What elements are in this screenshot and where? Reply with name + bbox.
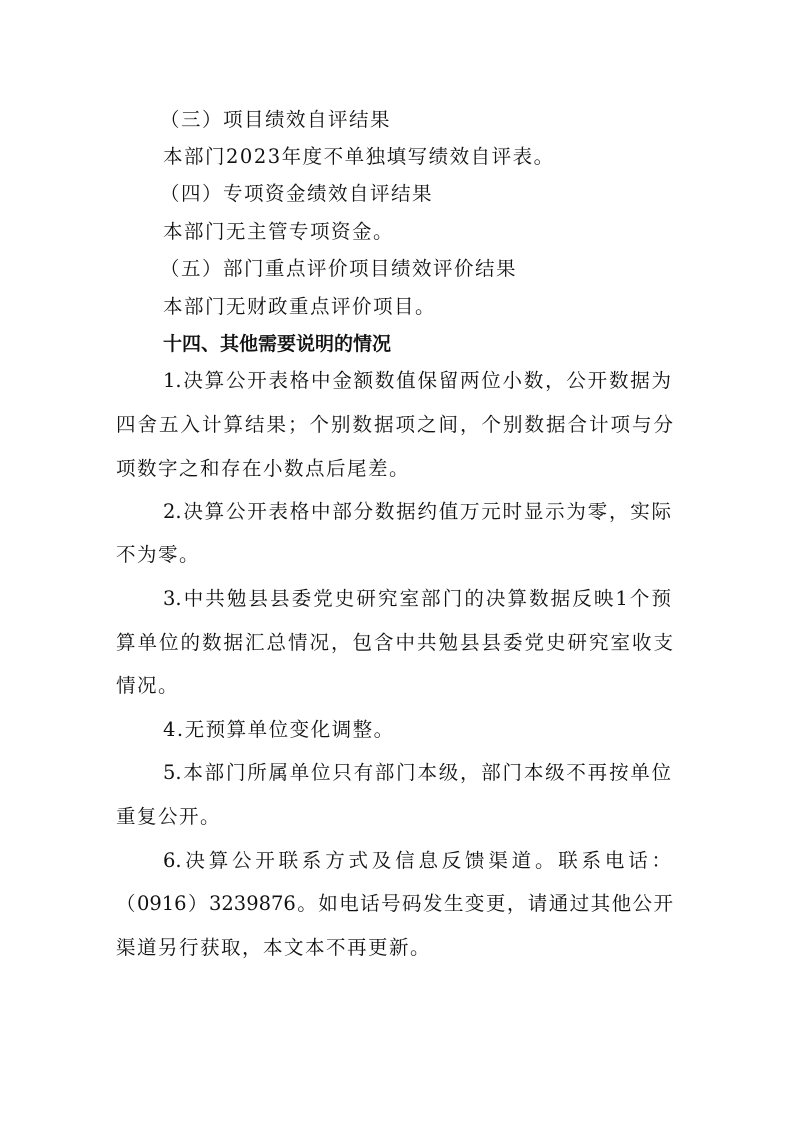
item-4-line-1: 4.无预算单位变化调整。 <box>163 718 395 742</box>
item-3-line-1: 3.中共勉县县委党史研究室部门的决算数据反映1个预 <box>163 587 671 611</box>
section-body-3: 本部门2023年度不单独填写绩效自评表。 <box>163 145 555 169</box>
item-3-line-3: 情况。 <box>116 674 179 698</box>
item-1-line-2: 四舍五入计算结果；个别数据项之间，个别数据合计项与分 <box>116 413 673 437</box>
section-heading-3: （三）项目绩效自评结果 <box>160 108 391 132</box>
item-2-line-1: 2.决算公开表格中部分数据约值万元时显示为零，实际 <box>163 500 671 524</box>
item-6-line-1: 6.决算公开联系方式及信息反馈渠道。联系电话： <box>163 849 671 873</box>
item-3-line-2: 算单位的数据汇总情况，包含中共勉县县委党史研究室收支 <box>116 631 673 655</box>
chapter-heading: 十四、其他需要说明的情况 <box>163 332 391 356</box>
item-1-line-1: 1.决算公开表格中金额数值保留两位小数，公开数据为 <box>163 369 671 393</box>
section-heading-4: （四）专项资金绩效自评结果 <box>160 182 433 206</box>
document-page: （三）项目绩效自评结果 本部门2023年度不单独填写绩效自评表。 （四）专项资金… <box>0 0 793 1122</box>
item-5-line-1: 5.本部门所属单位只有部门本级，部门本级不再按单位 <box>163 761 671 785</box>
item-2-line-2: 不为零。 <box>116 543 200 567</box>
item-6-line-2: （0916）3239876。如电话号码发生变更，请通过其他公开 <box>116 892 673 916</box>
item-6-line-3: 渠道另行获取，本文本不再更新。 <box>116 936 431 960</box>
section-body-4: 本部门无主管专项资金。 <box>163 220 394 244</box>
section-heading-5: （五）部门重点评价项目绩效评价结果 <box>160 257 517 281</box>
item-1-line-3: 项数字之和存在小数点后尾差。 <box>116 457 410 481</box>
section-body-5: 本部门无财政重点评价项目。 <box>163 295 436 319</box>
item-5-line-2: 重复公开。 <box>116 805 221 829</box>
